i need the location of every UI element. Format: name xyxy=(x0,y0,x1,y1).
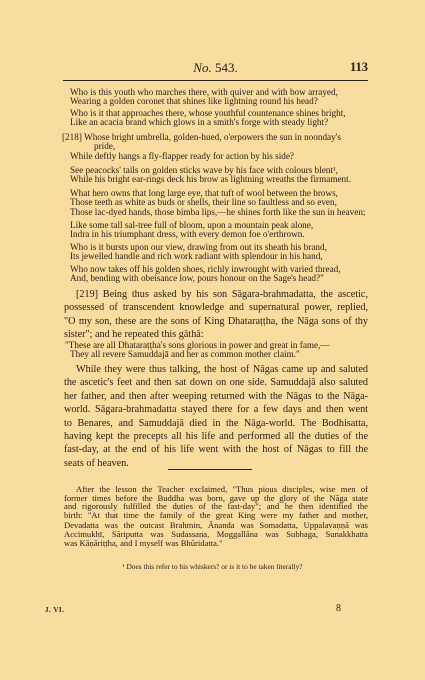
verse-line: While his bright ear-rings deck his brow… xyxy=(70,175,368,184)
gatha-verse: "These are all Dhataraṭṭha's sons glorio… xyxy=(65,341,365,360)
verse-line: They all revere Samuddajā and her as com… xyxy=(65,350,365,359)
paragraph-line: the ascetic's feet and then sat down on … xyxy=(64,376,368,389)
verse-1: Who is this youth who marches there, wit… xyxy=(70,88,368,107)
verse-4: See peacocks' tails on golden sticks wav… xyxy=(70,166,368,185)
paragraph-line: her father, and then after weeping retur… xyxy=(64,390,368,403)
verse-line: While deftly hangs a fly-flapper ready f… xyxy=(62,152,368,161)
paragraph-line: was Kāṇāriṭṭha, and I myself was Bhūrida… xyxy=(64,539,368,548)
paragraph-line: [219] Being thus asked by his son Sāgara… xyxy=(64,288,368,301)
paragraph-line: to Benares, and Samuddajā died in the Nā… xyxy=(64,417,368,430)
verse-line: And, bending with obeisance low, pours h… xyxy=(70,274,368,283)
paragraph-line: world. Sāgara-brahmadatta stayed there f… xyxy=(64,403,368,416)
verse-2: Who is it that approaches there, whose y… xyxy=(70,109,368,128)
header-title: No. 543. xyxy=(63,60,368,76)
paragraph-line: fast-day, at the end of his life went wi… xyxy=(64,443,368,456)
paragraph-nagas: While they were thus talking, the host o… xyxy=(64,363,368,470)
sheet-number: 8 xyxy=(336,603,341,614)
verse-8: Who now takes off his golden shoes, rich… xyxy=(70,265,368,284)
running-header: No. 543. 113 xyxy=(63,60,368,78)
paragraph-line: "O my son, these are the sons of King Dh… xyxy=(64,315,368,328)
verse-6: Like some tall sal-tree full of bloom, u… xyxy=(70,221,368,240)
paragraph-line: birth: "At that time the family of the g… xyxy=(64,511,368,520)
verse-7: Who is it bursts upon our view, drawing … xyxy=(70,243,368,262)
verse-line: Wearing a golden coronet that shines lik… xyxy=(70,97,368,106)
book-page: No. 543. 113 Who is this youth who march… xyxy=(0,0,425,680)
verse-line: Those lac-dyed hands, those bimba lips,—… xyxy=(70,208,368,217)
header-title-prefix: No. xyxy=(193,60,211,75)
paragraph-219: [219] Being thus asked by his son Sāgara… xyxy=(64,288,368,342)
verse-3: [218] Whose bright umbrella, golden-hued… xyxy=(62,133,368,161)
header-title-number: 543. xyxy=(215,60,238,75)
verse-line: Like an acacia brand which glows in a sm… xyxy=(70,118,368,127)
verse-5: What hero owns that long large eye, that… xyxy=(70,189,368,217)
footnote: ¹ Does this refer to his whiskers? or is… xyxy=(0,562,425,571)
conclusion-paragraph: After the lesson the Teacher exclaimed, … xyxy=(64,485,368,547)
header-rule xyxy=(63,80,368,81)
verse-line: Indra in his triumphant dress, with ever… xyxy=(70,230,368,239)
section-divider xyxy=(168,469,252,470)
paragraph-line: having kept the precepts all his life an… xyxy=(64,430,368,443)
paragraph-line: possessed of transcendent knowledge and … xyxy=(64,301,368,314)
paragraph-line: While they were thus talking, the host o… xyxy=(64,363,368,376)
page-number: 113 xyxy=(350,60,368,75)
signature-mark: J. VI. xyxy=(45,606,64,614)
verse-line: Its jewelled handle and rich work radian… xyxy=(70,252,368,261)
